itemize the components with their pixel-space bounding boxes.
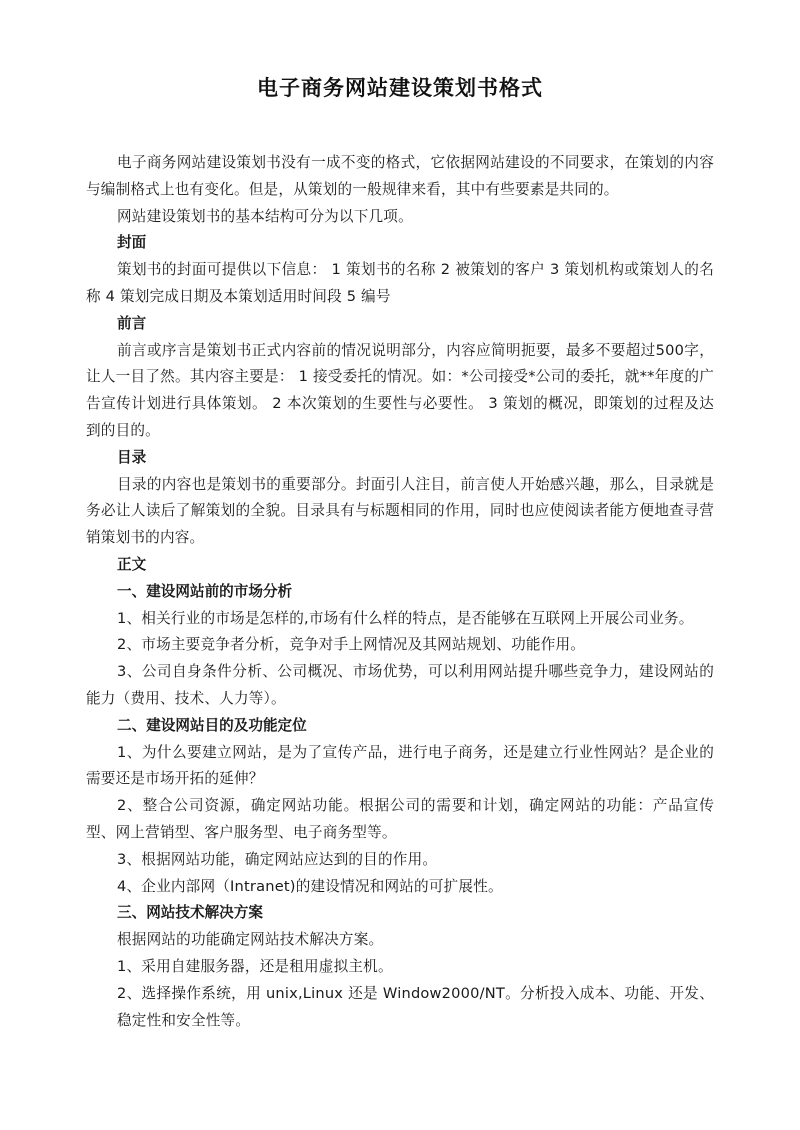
toc-paragraph: 目录的内容也是策划书的重要部分。封面引人注目，前言使人开始感兴趣，那么，目录就是…	[86, 472, 714, 552]
section-heading-cover: 封面	[86, 230, 714, 257]
document-title: 电子商务网站建设策划书格式	[0, 72, 800, 102]
intro-paragraph-2: 网站建设策划书的基本结构可分为以下几项。	[86, 204, 714, 231]
part2-item-1: 1、为什么要建立网站，是为了宣传产品，进行电子商务，还是建立行业性网站？是企业的…	[86, 740, 714, 794]
cover-paragraph: 策划书的封面可提供以下信息： 1 策划书的名称 2 被策划的客户 3 策划机构或…	[86, 257, 714, 311]
part-heading-3: 三、网站技术解决方案	[86, 900, 714, 927]
document-page: 电子商务网站建设策划书格式 电子商务网站建设策划书没有一成不变的格式，它依据网站…	[0, 0, 800, 1130]
intro-paragraph-1: 电子商务网站建设策划书没有一成不变的格式，它依据网站建设的不同要求，在策划的内容…	[86, 150, 714, 204]
part3-intro: 根据网站的功能确定网站技术解决方案。	[86, 927, 714, 954]
part2-item-3: 3、根据网站功能，确定网站应达到的目的作用。	[86, 847, 714, 874]
section-heading-main: 正文	[86, 552, 714, 579]
part3-item-2: 2、选择操作系统，用 unix,Linux 还是 Window2000/NT。分…	[86, 981, 714, 1035]
section-heading-preface: 前言	[86, 311, 714, 338]
part2-item-4: 4、企业内部网（Intranet)的建设情况和网站的可扩展性。	[86, 874, 714, 901]
document-body: 电子商务网站建设策划书没有一成不变的格式，它依据网站建设的不同要求，在策划的内容…	[86, 150, 714, 1034]
part3-item-1: 1、采用自建服务器，还是租用虚拟主机。	[86, 954, 714, 981]
part-heading-2: 二、建设网站目的及功能定位	[86, 713, 714, 740]
part2-item-2: 2、整合公司资源，确定网站功能。根据公司的需要和计划，确定网站的功能：产品宣传型…	[86, 793, 714, 847]
part1-item-1: 1、相关行业的市场是怎样的,市场有什么样的特点，是否能够在互联网上开展公司业务。	[86, 606, 714, 633]
part1-item-3: 3、公司自身条件分析、公司概况、市场优势，可以利用网站提升哪些竞争力，建设网站的…	[86, 659, 714, 713]
section-heading-toc: 目录	[86, 445, 714, 472]
preface-paragraph: 前言或序言是策划书正式内容前的情况说明部分，内容应简明扼要，最多不要超过500字…	[86, 338, 714, 445]
part1-item-2: 2、市场主要竞争者分析，竞争对手上网情况及其网站规划、功能作用。	[86, 632, 714, 659]
part-heading-1: 一、建设网站前的市场分析	[86, 579, 714, 606]
